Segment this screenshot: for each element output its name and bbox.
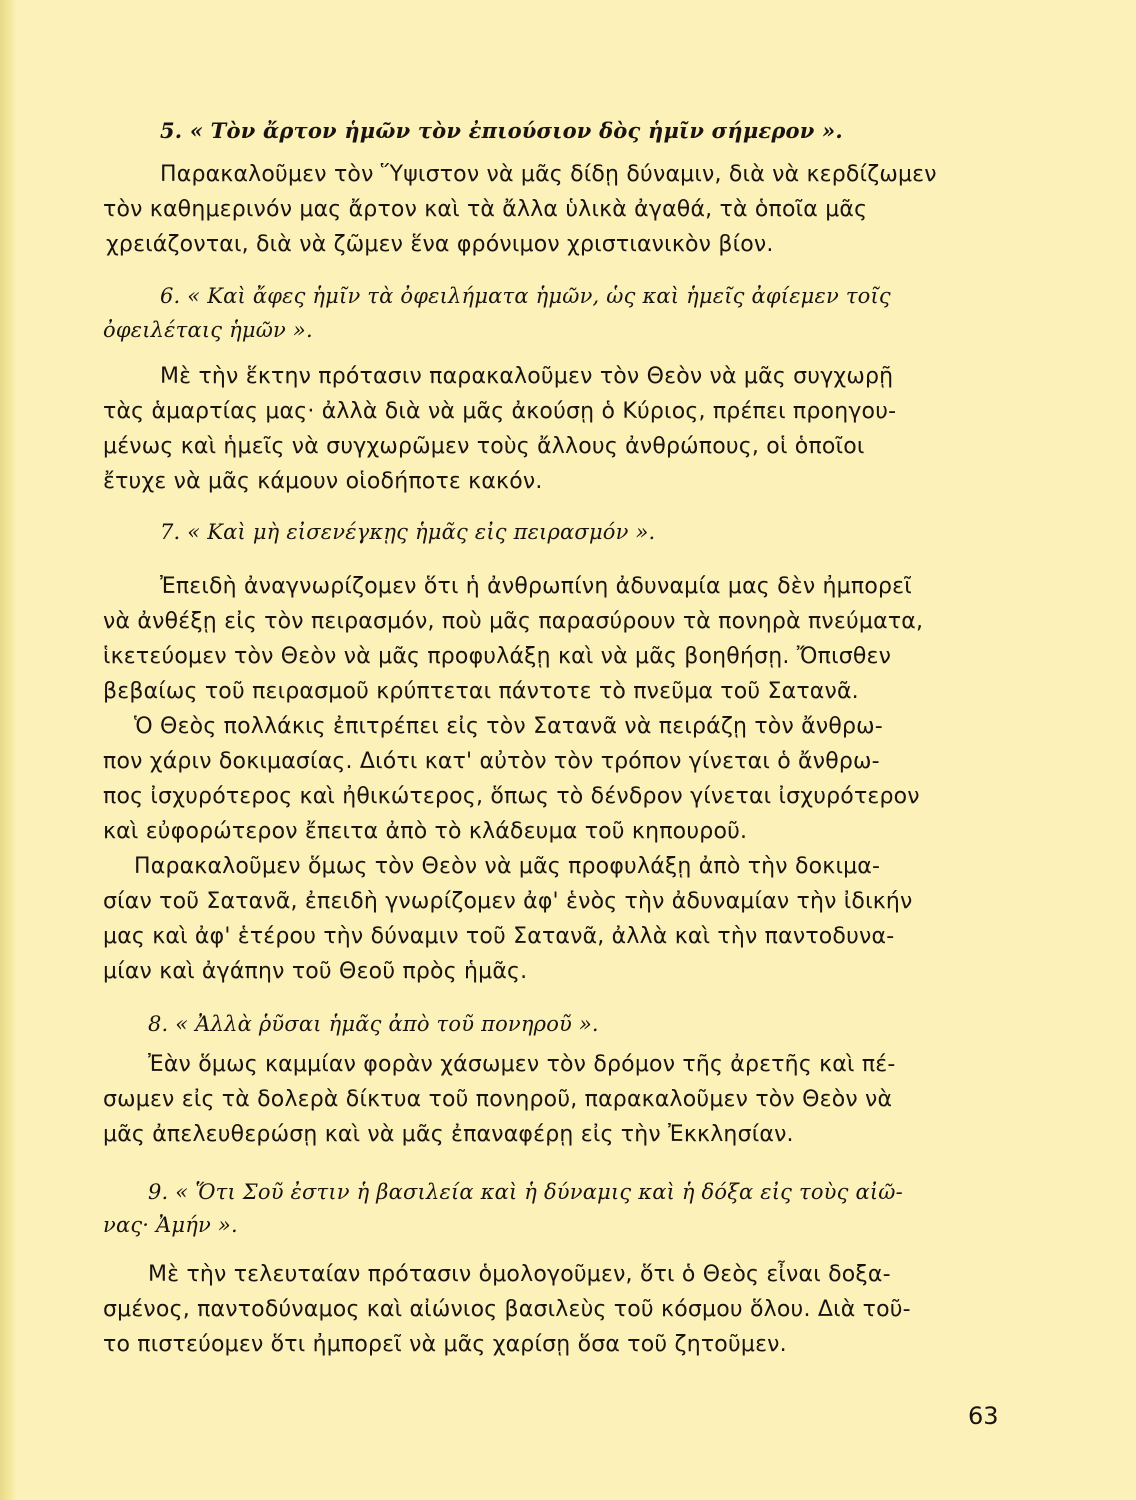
book-page: 5. « Τὸν ἄρτον ἡμῶν τὸν ἐπιούσιον δὸς ἡμ… (0, 0, 1136, 1500)
section-9-heading: 9. « Ὅτι Σοῦ ἐστιν ἡ βασιλεία καὶ ἡ δύνα… (148, 1180, 903, 1204)
section-7-body-line: καὶ εὐφορώτερον ἔπειτα ἀπὸ τὸ κλάδευμα τ… (103, 819, 747, 844)
section-7-body-line: βεβαίως τοῦ πειρασμοῦ κρύπτεται πάντοτε … (103, 679, 859, 704)
section-8-body-line: Ἐὰν ὅμως καμμίαν φορὰν χάσωμεν τὸν δρόμο… (148, 1052, 896, 1077)
section-5-heading: 5. « Τὸν ἄρτον ἡμῶν τὸν ἐπιούσιον δὸς ἡμ… (160, 118, 843, 143)
section-6-heading: 6. « Καὶ ἄφες ἡμῖν τὰ ὀφειλήματα ἡμῶν, ὡ… (160, 284, 891, 308)
section-5-body-line: τὸν καθημερινόν μας ἄρτον καὶ τὰ ἄλλα ὑλ… (103, 197, 867, 222)
section-7-body-line: Ὁ Θεὸς πολλάκις ἐπιτρέπει εἰς τὸν Σατανᾶ… (134, 714, 883, 739)
section-7-body-line: ἱκετεύομεν τὸν Θεὸν νὰ μᾶς προφυλάξῃ καὶ… (103, 644, 891, 669)
section-7-body-line: Ἐπειδὴ ἀναγνωρίζομεν ὅτι ἡ ἀνθρωπίνη ἀδυ… (160, 574, 912, 599)
section-9-body-line: σμένος, παντοδύναμος καὶ αἰώνιος βασιλεὺ… (103, 1297, 911, 1322)
section-6-heading-cont: ὀφειλέταις ἡμῶν ». (103, 318, 313, 342)
page-number: 63 (968, 1402, 999, 1430)
section-7-body-line: Παρακαλοῦμεν ὅμως τὸν Θεὸν νὰ μᾶς προφυλ… (134, 854, 880, 879)
section-9-body-line: το πιστεύομεν ὅτι ἠμπορεῖ νὰ μᾶς χαρίσῃ … (103, 1332, 787, 1357)
section-7-body-line: πος ἰσχυρότερος καὶ ἠθικώτερος, ὅπως τὸ … (103, 784, 920, 809)
section-6-body-line: τὰς ἁμαρτίας μας· ἀλλὰ διὰ νὰ μᾶς ἀκούσῃ… (103, 399, 896, 424)
section-7-heading: 7. « Καὶ μὴ εἰσενέγκῃς ἡμᾶς εἰς πειρασμό… (160, 520, 655, 544)
section-5-body-line: Παρακαλοῦμεν τὸν Ὕψιστον νὰ μᾶς δίδῃ δύν… (160, 162, 937, 187)
section-6-body-line: ἔτυχε νὰ μᾶς κάμουν οἱοδήποτε κακόν. (103, 469, 543, 494)
section-6-body-line: Μὲ τὴν ἕκτην πρότασιν παρακαλοῦμεν τὸν Θ… (160, 364, 893, 389)
section-7-body-line: νὰ ἀνθέξῃ εἰς τὸν πειρασμόν, ποὺ μᾶς παρ… (103, 609, 923, 634)
section-8-heading: 8. « Ἀλλὰ ῥῦσαι ἡμᾶς ἀπὸ τοῦ πονηροῦ ». (148, 1012, 599, 1036)
section-8-body-line: μᾶς ἀπελευθερώσῃ καὶ νὰ μᾶς ἐπαναφέρῃ εἰ… (103, 1122, 794, 1147)
section-8-body-line: σωμεν εἰς τὰ δολερὰ δίκτυα τοῦ πονηροῦ, … (103, 1087, 892, 1112)
section-9-body-line: Μὲ τὴν τελευταίαν πρότασιν ὁμολογοῦμεν, … (148, 1262, 891, 1287)
section-7-body-line: μας καὶ ἀφ' ἑτέρου τὴν δύναμιν τοῦ Σαταν… (103, 924, 894, 949)
section-5-body-line: χρειάζονται, διὰ νὰ ζῶμεν ἕνα φρόνιμον χ… (106, 232, 774, 257)
section-7-body-line: μίαν καὶ ἀγάπην τοῦ Θεοῦ πρὸς ἡμᾶς. (103, 959, 527, 984)
section-9-heading-cont: νας· Ἀμήν ». (103, 1213, 238, 1237)
section-6-body-line: μένως καὶ ἡμεῖς νὰ συγχωρῶμεν τοὺς ἄλλου… (103, 434, 865, 459)
section-7-body-line: πον χάριν δοκιμασίας. Διότι κατ' αὐτὸν τ… (103, 749, 880, 774)
section-7-body-line: σίαν τοῦ Σατανᾶ, ἐπειδὴ γνωρίζομεν ἀφ' ἑ… (103, 889, 913, 914)
